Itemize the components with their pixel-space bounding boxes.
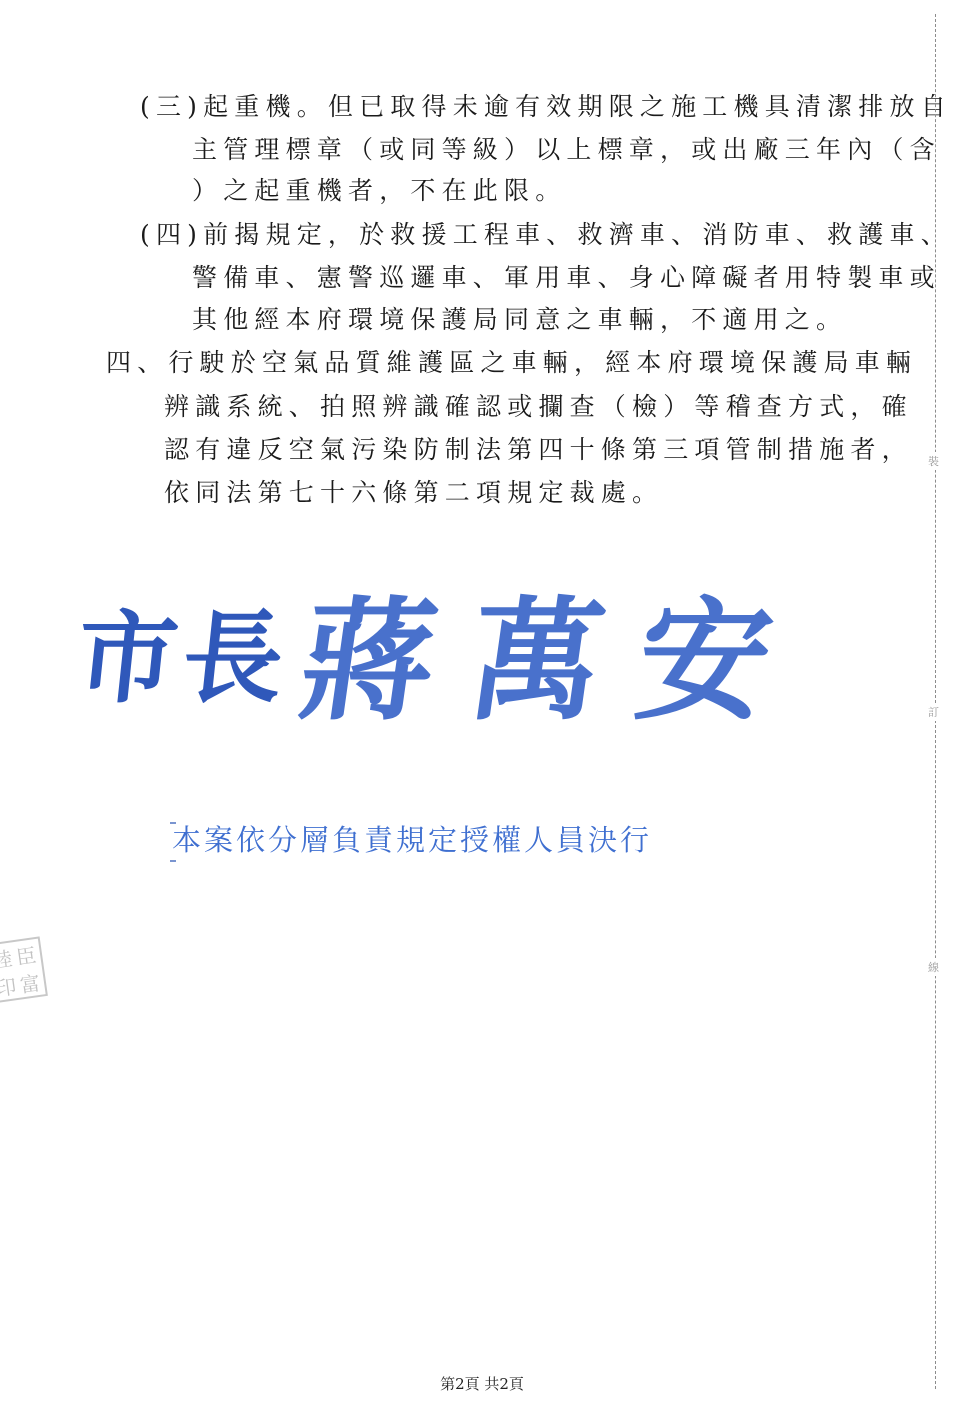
- clause-4-line-1: (四)前揭規定，於救援工程車、救濟車、消防車、救護車、: [140, 222, 952, 247]
- seal-char: 印: [0, 973, 19, 1002]
- clause-4-line-3: 其他經本府環境保護局同意之車輛，不適用之。: [192, 307, 847, 332]
- page-number: 第2頁 共2頁: [0, 1373, 964, 1394]
- clause-4-line-2: 警備車、憲警巡邏車、軍用車、身心障礙者用特製車或: [192, 265, 941, 290]
- signature-title: 市長: [70, 578, 297, 722]
- section-4-line-4: 依同法第七十六條第二項規定裁處。: [164, 480, 663, 505]
- mayor-signature: 市長 蔣萬安: [78, 580, 808, 720]
- binding-dotted-line: [935, 14, 936, 1389]
- section-4-line-3: 認有違反空氣污染防制法第四十條第三項管制措施者，: [164, 437, 913, 462]
- clause-3-line-1: (三)起重機。但已取得未逾有效期限之施工機具清潔排放自: [140, 94, 952, 119]
- binding-label-zhuang: 裝: [928, 452, 939, 470]
- section-4-line-1: 四、行駛於空氣品質維護區之車輛，經本府環境保護局車輛: [106, 350, 917, 375]
- section-4-line-2: 辨識系統、拍照辨識確認或攔查（檢）等稽查方式，確: [164, 394, 913, 419]
- clause-3-line-3: ）之起重機者，不在此限。: [192, 178, 566, 203]
- authorization-stamp: 本案依分層負責規定授權人員決行: [172, 818, 652, 859]
- binding-label-ding: 訂: [928, 703, 939, 721]
- seal-char: 臣: [14, 942, 39, 971]
- seal-char: 富: [17, 970, 42, 999]
- stamp-corner-mark: [170, 860, 176, 862]
- signature-name: 蔣萬安: [291, 555, 822, 745]
- faded-seal-stamp: 陸 臣 印 富: [0, 936, 48, 1003]
- seal-char: 陸: [0, 945, 15, 974]
- binding-label-xian: 線: [928, 958, 939, 976]
- clause-3-line-2: 主管理標章（或同等級）以上標章，或出廠三年內（含: [192, 137, 941, 162]
